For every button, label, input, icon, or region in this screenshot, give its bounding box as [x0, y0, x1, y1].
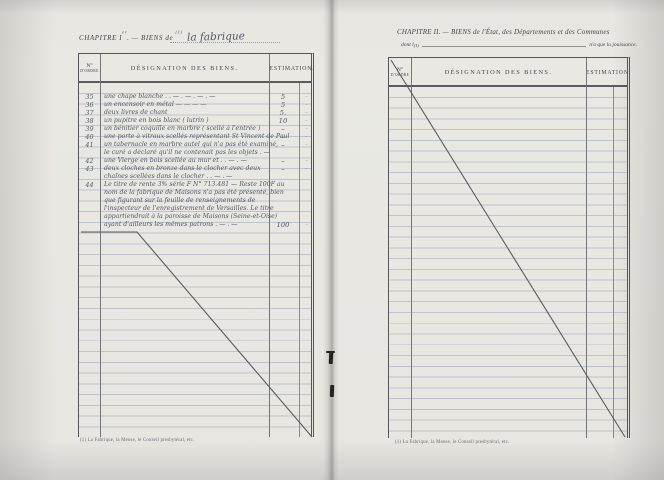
entry-description-line: un tabernacle en marbre autel qui n'a pa…: [104, 141, 269, 149]
entry-number: 35: [79, 93, 100, 101]
entry-description: Le titre de rente 3% série F N° 713.481 …: [104, 181, 269, 229]
col-header-numero: N° D'ORDRE: [79, 54, 100, 83]
chapter-number: CHAPITRE I: [79, 34, 122, 42]
entry-description-line: un encensoir en métal — — — —: [104, 101, 269, 109]
entry-description-line: deux cloches en bronze dans le clocher a…: [104, 165, 269, 173]
entry-estimation-francs: 5.: [268, 109, 298, 117]
entry-description-line: une chape blanche . . — . — . — . —: [104, 93, 269, 101]
entry-estimation-francs: –: [268, 133, 298, 141]
entry-description-line: ayant d'ailleurs les mêmes patrons . — .…: [104, 221, 269, 229]
entry-estimation-centimes: –: [299, 165, 314, 173]
entry-estimation-centimes: –: [299, 93, 314, 101]
chapter-title-text: . — BIENS de: [127, 34, 175, 42]
page-gutter-shadow: [323, 0, 339, 480]
entry-number: 38: [79, 117, 100, 125]
entry-estimation-centimes: –: [299, 157, 314, 165]
right-chapter-subtitle: dont l(1) n'a que la jouissance.: [401, 38, 637, 48]
right-chapter-title: CHAPITRE II. — BIENS de l'État, des Dépa…: [397, 28, 610, 36]
entry-description: deux cloches en bronze dans le clocher a…: [104, 165, 269, 181]
entry-description: un bénitier coquille en marbre ( scellé …: [104, 125, 269, 133]
entry-estimation-francs: 100: [268, 221, 298, 229]
page-cancellation-diagonal: [389, 58, 631, 439]
entry-description-line: l'inspecteur de l'enregistrement de Vers…: [104, 205, 269, 213]
right-footnote: (1) La Fabrique, la Mense, le Conseil pr…: [395, 440, 509, 445]
entry-number: 37: [79, 109, 100, 117]
entry-description-line: un pupitre en bois blanc ( lutrin ): [104, 117, 269, 125]
entry-description-line: une Vierge en bois scellée au mur et . .…: [104, 157, 269, 165]
left-table-body: 35une chape blanche . . — . — . — . —5–3…: [79, 83, 311, 437]
left-inventory-table: N° D'ORDRE DÉSIGNATION DES BIENS. ESTIMA…: [78, 53, 314, 437]
subtitle-fill-rule: [422, 45, 586, 47]
title-fill-rule: [170, 41, 280, 43]
entry-description-line: chaînes scellées dans le clocher . . — .…: [104, 173, 269, 181]
entry-estimation-francs: –: [268, 125, 298, 133]
entry-estimation-centimes: –: [299, 109, 314, 117]
entry-description-line: que figurant sur la feuille de renseigne…: [104, 197, 269, 205]
entry-estimation-francs: –: [268, 165, 298, 173]
entry-description-line: un bénitier coquille en marbre ( scellé …: [104, 125, 269, 133]
subtitle-prefix: dont l: [401, 42, 414, 48]
binding-staple: [326, 351, 335, 353]
entry-estimation-francs: –: [268, 157, 298, 165]
col-header-estimation: ESTIMATION.: [269, 54, 315, 83]
entry-description-line: nom de la fabrique de Maisons n'a pas ét…: [104, 189, 269, 197]
entry-description: une Vierge en bois scellée au mur et . .…: [104, 157, 269, 165]
entry-estimation-centimes: –: [299, 117, 314, 125]
entry-estimation-francs: 10: [268, 117, 298, 125]
entry-number: 41: [79, 141, 100, 149]
left-footnote: (1) La Fabrique, la Mense, le Conseil pr…: [80, 438, 194, 443]
entry-estimation-centimes: –: [299, 221, 314, 229]
entry-description: deux livres de chant: [104, 109, 269, 117]
entry-estimation-centimes: –: [299, 133, 314, 141]
entry-number: 40: [79, 133, 100, 141]
entry-description: un pupitre en bois blanc ( lutrin ): [104, 117, 269, 125]
entry-description: une porte à vitraux scellés représentant…: [104, 133, 269, 141]
binding-staple: [330, 385, 334, 397]
right-inventory-table: N° D'ORDRE DÉSIGNATION DES BIENS. ESTIMA…: [388, 57, 630, 438]
entry-number: 42: [79, 157, 100, 165]
entry-number: 36: [79, 101, 100, 109]
entry-estimation-centimes: –: [299, 125, 314, 133]
entry-description-line: deux livres de chant: [104, 109, 269, 117]
entry-estimation-francs: 5: [268, 101, 298, 109]
col-header-designation: DÉSIGNATION DES BIENS.: [100, 54, 269, 83]
left-table-header: N° D'ORDRE DÉSIGNATION DES BIENS. ESTIMA…: [79, 54, 311, 83]
footnote-ref-mark: (1): [176, 30, 183, 35]
subtitle-suffix: n'a que la jouissance.: [589, 42, 637, 48]
scanned-register-spread: CHAPITRE Ier. — BIENS de (1)la fabrique …: [0, 0, 664, 480]
entry-estimation-francs: 5: [268, 93, 298, 101]
entry-description-line: le curé a déclaré qu'il ne contenait pas…: [104, 149, 269, 157]
entry-number: 44: [79, 181, 100, 189]
entry-number: 43: [79, 165, 100, 173]
entry-description: une chape blanche . . — . — . — . —: [104, 93, 269, 101]
entry-estimation-centimes: –: [299, 141, 314, 149]
footnote-ref-mark: (1): [414, 43, 419, 48]
entry-description-line: Le titre de rente 3% série F N° 713.481 …: [104, 181, 269, 189]
entry-estimation-francs: –: [268, 141, 298, 149]
entry-estimation-centimes: –: [299, 101, 314, 109]
entry-number: 39: [79, 125, 100, 133]
entry-description: un tabernacle en marbre autel qui n'a pa…: [104, 141, 269, 157]
entry-description-line: une porte à vitraux scellés représentant…: [104, 133, 269, 141]
entry-description-line: appartiendrait à la paroisse de Maisons …: [104, 213, 269, 221]
entry-description: un encensoir en métal — — — —: [104, 101, 269, 109]
